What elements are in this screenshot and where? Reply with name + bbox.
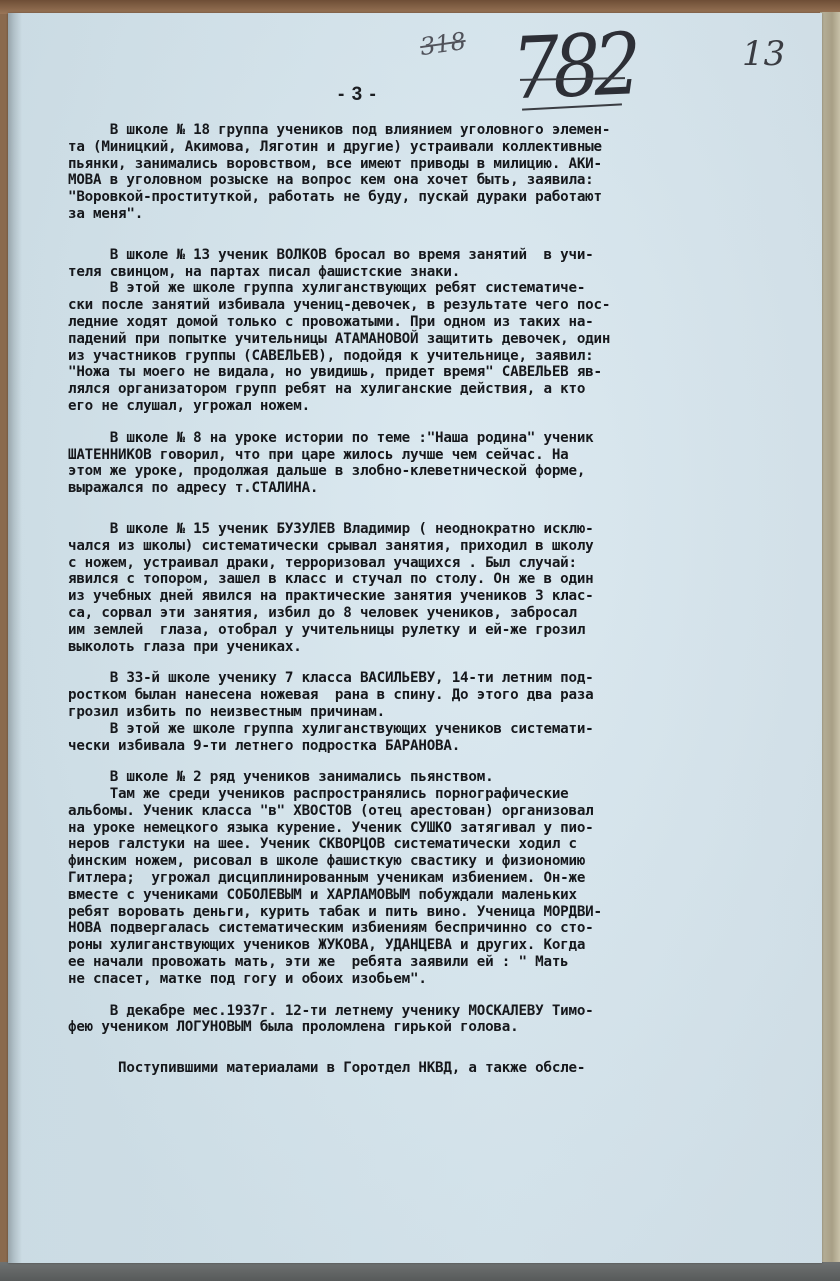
paragraph: В школе № 15 ученик БУЗУЛЕВ Владимир ( н… <box>68 521 782 655</box>
text-line: из учебных дней явился на практические з… <box>68 588 782 605</box>
text-line: та (Миницкий, Акимова, Ляготин и другие)… <box>68 139 782 156</box>
text-line: за меня". <box>68 206 782 223</box>
text-line: неров галстуки на шее. Ученик СКВОРЦОВ с… <box>68 836 782 853</box>
text-line: выколоть глаза при учениках. <box>68 639 782 656</box>
text-line: роны хулиганствующих учеников ЖУКОВА, УД… <box>68 937 782 954</box>
paragraph: В декабре мес.1937г. 12-ти летнему учени… <box>68 1003 782 1037</box>
text-line: ски после занятий избивала учениц-девоче… <box>68 297 782 314</box>
text-line: на уроке немецкого языка курение. Ученик… <box>68 820 782 837</box>
text-line: ее начали провожать мать, эти же ребята … <box>68 954 782 971</box>
paragraph-spacer <box>68 223 782 247</box>
text-line: Гитлера; угрожал дисциплинированным учен… <box>68 870 782 887</box>
text-line: Поступившими материалами в Горотдел НКВД… <box>68 1060 782 1077</box>
paragraph: В школе № 8 на уроке истории по теме :"Н… <box>68 430 782 497</box>
text-line: НОВА подвергалась систематическим избиен… <box>68 920 782 937</box>
paragraph: В школе № 18 группа учеников под влияние… <box>68 122 782 223</box>
paragraph-spacer <box>68 655 782 670</box>
text-line: финским ножем, рисовал в школе фашисткую… <box>68 853 782 870</box>
text-line: ребят воровать деньги, курить табак и пи… <box>68 904 782 921</box>
binder-edge <box>820 12 840 1264</box>
text-line: падений при попытке учительницы АТАМАНОВ… <box>68 331 782 348</box>
paragraph-spacer <box>68 497 782 521</box>
text-line: его не слушал, угрожал ножем. <box>68 398 782 415</box>
text-line: фею учеником ЛОГУНОВЫМ была проломлена г… <box>68 1019 782 1036</box>
paragraph-spacer <box>68 415 782 430</box>
text-line: из участников группы (САВЕЛЬЕВ), подойдя… <box>68 348 782 365</box>
text-line: В школе № 13 ученик ВОЛКОВ бросал во вре… <box>68 247 782 264</box>
text-line: В школе № 15 ученик БУЗУЛЕВ Владимир ( н… <box>68 521 782 538</box>
text-line: им землей глаза, отобрал у учительницы р… <box>68 622 782 639</box>
text-line: В 33-й школе ученику 7 класса ВАСИЛЬЕВУ,… <box>68 670 782 687</box>
paragraph-spacer <box>68 754 782 769</box>
text-line: В школе № 8 на уроке истории по теме :"Н… <box>68 430 782 447</box>
text-line: МОВА в уголовном розыске на вопрос кем о… <box>68 172 782 189</box>
text-line: В декабре мес.1937г. 12-ти летнему учени… <box>68 1003 782 1020</box>
text-line: В школе № 2 ряд учеников занимались пьян… <box>68 769 782 786</box>
text-line: теля свинцом, на партах писал фашистские… <box>68 264 782 281</box>
text-line: В этой же школе группа хулиганствующих у… <box>68 721 782 738</box>
paragraph-spacer <box>68 988 782 1003</box>
text-line: этом же уроке, продолжая дальше в злобно… <box>68 463 782 480</box>
desk-background-bottom <box>0 1262 840 1281</box>
text-line: лялся организатором групп ребят на хулиг… <box>68 381 782 398</box>
text-line: чески избивала 9-ти летнего подростка БА… <box>68 738 782 755</box>
paragraph: В школе № 13 ученик ВОЛКОВ бросал во вре… <box>68 247 782 415</box>
text-line: "Ножа ты моего не видала, но увидишь, пр… <box>68 364 782 381</box>
text-line: В школе № 18 группа учеников под влияние… <box>68 122 782 139</box>
page-number: - 3 - <box>338 84 377 106</box>
text-line: выражался по адресу т.СТАЛИНА. <box>68 480 782 497</box>
document-body: В школе № 18 группа учеников под влияние… <box>68 122 782 1077</box>
handwritten-sheet-mark: 13 <box>742 34 785 74</box>
text-line: пьянки, занимались воровством, все имеют… <box>68 156 782 173</box>
text-line: ледние ходят домой только с провожатыми.… <box>68 314 782 331</box>
paragraph: В школе № 2 ряд учеников занимались пьян… <box>68 769 782 987</box>
text-line: не спасет, матке под гогу и обоих изобье… <box>68 971 782 988</box>
text-line: са, сорвал эти занятия, избил до 8 челов… <box>68 605 782 622</box>
text-line: грозил избить по неизвестным причинам. <box>68 704 782 721</box>
text-line: "Воровкой-проституткой, работать не буду… <box>68 189 782 206</box>
paragraph: Поступившими материалами в Горотдел НКВД… <box>68 1060 782 1077</box>
paragraph: В 33-й школе ученику 7 класса ВАСИЛЬЕВУ,… <box>68 670 782 754</box>
desk-background-top <box>0 0 840 14</box>
text-line: В этой же школе группа хулиганствующих р… <box>68 280 782 297</box>
text-line: чался из школы) систематически срывал за… <box>68 538 782 555</box>
paragraph-spacer <box>68 1036 782 1060</box>
text-line: ростком былан нанесена ножевая рана в сп… <box>68 687 782 704</box>
text-line: вместе с учениками СОБОЛЕВЫМ и ХАРЛАМОВЫ… <box>68 887 782 904</box>
text-line: явился с топором, зашел в класс и стучал… <box>68 571 782 588</box>
text-line: Там же среди учеников распространялись п… <box>68 786 782 803</box>
text-line: альбомы. Ученик класса "в" ХВОСТОВ (отец… <box>68 803 782 820</box>
text-line: с ножем, устраивал драки, терроризовал у… <box>68 555 782 572</box>
text-line: ШАТЕННИКОВ говорил, что при царе жилось … <box>68 447 782 464</box>
